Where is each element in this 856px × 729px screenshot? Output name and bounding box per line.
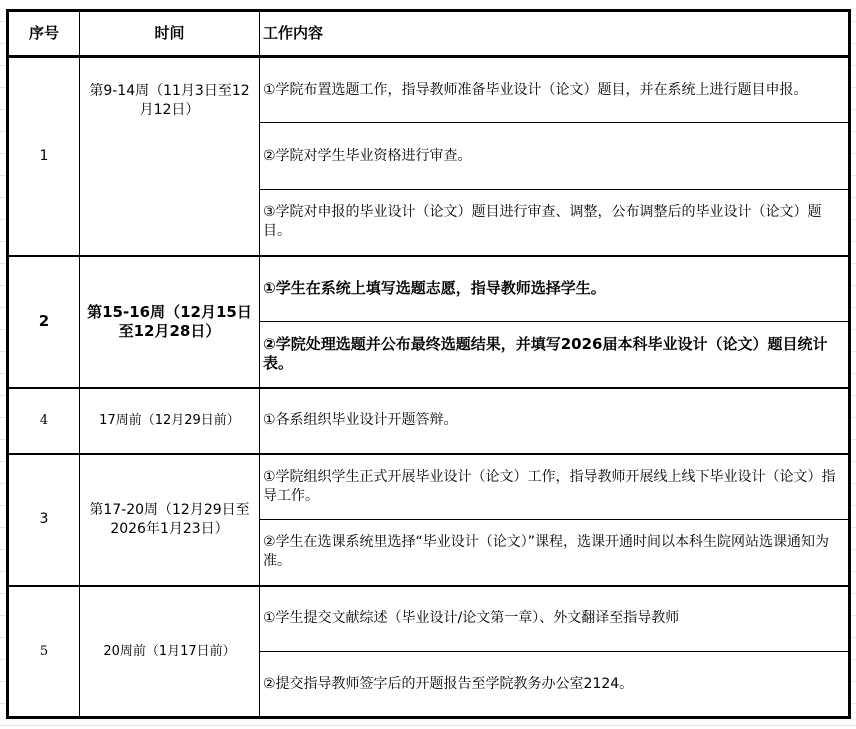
cell-content[interactable]: ①学生提交文献综述（毕业设计/论文第一章）、外文翻译至指导教师 — [260, 586, 850, 652]
table-row: 3 第17-20周（12月29日至2026年1月23日） ①学院组织学生正式开展… — [8, 454, 850, 520]
cell-time[interactable]: 第17-20周（12月29日至2026年1月23日） — [80, 454, 260, 586]
cell-no[interactable]: 3 — [8, 454, 80, 586]
cell-content[interactable]: ①学院布置选题工作，指导教师准备毕业设计（论文）题目，并在系统上进行题目申报。 — [260, 57, 850, 123]
table-row: 5 20周前（1月17日前） ①学生提交文献综述（毕业设计/论文第一章）、外文翻… — [8, 586, 850, 652]
cell-content[interactable]: ②提交指导教师签字后的开题报告至学院教务办公室2124。 — [260, 652, 850, 718]
cell-no[interactable]: 1 — [8, 57, 80, 256]
cell-content[interactable]: ①学院组织学生正式开展毕业设计（论文）工作，指导教师开展线上线下毕业设计（论文）… — [260, 454, 850, 520]
cell-time[interactable]: 20周前（1月17日前） — [80, 586, 260, 718]
cell-no[interactable]: 5 — [8, 586, 80, 718]
cell-content[interactable]: ③学院对申报的毕业设计（论文）题目进行审查、调整，公布调整后的毕业设计（论文）题… — [260, 190, 850, 256]
cell-content[interactable]: ①学生在系统上填写选题志愿，指导教师选择学生。 — [260, 256, 850, 322]
cell-content[interactable]: ②学院对学生毕业资格进行审查。 — [260, 123, 850, 190]
header-content[interactable]: 工作内容 — [260, 11, 850, 57]
table-row: 4 17周前（12月29日前） ①各系组织毕业设计开题答辩。 — [8, 388, 850, 454]
table-row: 1 第9-14周（11月3日至12月12日） ①学院布置选题工作，指导教师准备毕… — [8, 57, 850, 123]
schedule-table: 序号 时间 工作内容 1 第9-14周（11月3日至12月12日） ①学院布置选… — [6, 9, 851, 719]
cell-content[interactable]: ②学生在选课系统里选择“毕业设计（论文）”课程，选课开通时间以本科生院网站选课通… — [260, 520, 850, 586]
header-time[interactable]: 时间 — [80, 11, 260, 57]
cell-time[interactable]: 第15-16周（12月15日至12月28日） — [80, 256, 260, 388]
cell-no[interactable]: 4 — [8, 388, 80, 454]
cell-content[interactable]: ②学院处理选题并公布最终选题结果，并填写2026届本科毕业设计（论文）题目统计表… — [260, 322, 850, 388]
header-row: 序号 时间 工作内容 — [8, 11, 850, 57]
cell-no[interactable]: 2 — [8, 256, 80, 388]
table-row: 2 第15-16周（12月15日至12月28日） ①学生在系统上填写选题志愿，指… — [8, 256, 850, 322]
cell-content[interactable]: ①各系组织毕业设计开题答辩。 — [260, 388, 850, 454]
cell-time[interactable]: 17周前（12月29日前） — [80, 388, 260, 454]
cell-time[interactable]: 第9-14周（11月3日至12月12日） — [80, 57, 260, 256]
header-no[interactable]: 序号 — [8, 11, 80, 57]
